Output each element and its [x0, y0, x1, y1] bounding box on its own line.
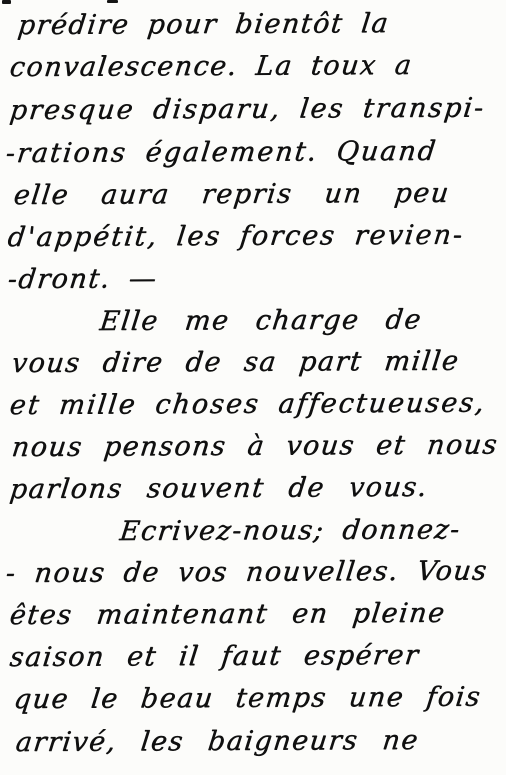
- letter-line-7: -dront. —: [6, 263, 159, 295]
- letter-line-13-paragraph-start: Ecrivez-nous; donnez-: [118, 514, 463, 547]
- letter-page: prédire pour bientôt la convalescence. L…: [0, 0, 506, 775]
- letter-line-3: presque disparu, les transpi-: [8, 93, 487, 126]
- letter-line-9: vous dire de sa part mille: [10, 346, 461, 379]
- letter-line-12: parlons souvent de vous.: [8, 472, 430, 505]
- letter-line-14: - nous de vos nouvelles. Vous: [4, 555, 489, 589]
- scan-artifact-speck: [2, 0, 11, 4]
- letter-line-8-paragraph-start: Elle me charge de: [98, 304, 424, 337]
- letter-line-18: arrivé, les baigneurs ne: [14, 725, 421, 758]
- letter-line-17: que le beau temps une fois: [12, 682, 483, 715]
- letter-line-2: convalescence. La toux a: [8, 50, 414, 83]
- scan-artifact-speck: [107, 0, 118, 3]
- letter-line-4: -rations également. Quand: [4, 136, 439, 169]
- letter-line-16: saison et il faut espérer: [8, 640, 421, 673]
- letter-line-6: d'appétit, les forces revien-: [6, 220, 466, 253]
- letter-line-11: nous pensons à vous et nous: [10, 429, 500, 463]
- letter-line-1: prédire pour bientôt la: [16, 8, 391, 41]
- letter-line-15: êtes maintenant en pleine: [8, 598, 447, 631]
- letter-line-5: elle aura repris un peu: [12, 178, 451, 211]
- letter-line-10: et mille choses affectueuses,: [8, 388, 488, 421]
